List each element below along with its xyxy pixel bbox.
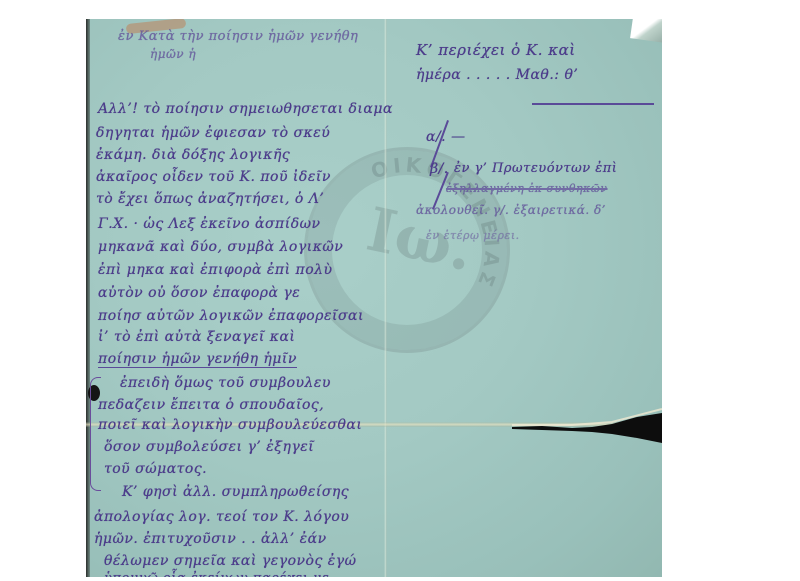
body-line: ἐκάμη. διὰ δόξης λογικῆς [96,147,290,163]
body-line: Αλλ’! τὸ ποίησιν σημειωθησεται διαμα [98,101,393,117]
heading-line-2: ἡμῶν ἡ [150,47,196,61]
body-line: αὐτὸν οὐ ὅσον ἐπαφορὰ γε [98,285,300,301]
body-line: ποίησ αὐτῶν λογικῶν ἐπαφορεῖσαι [98,308,364,324]
margin-bracket [90,377,101,491]
body-line: Κ’ φησὶ ἀλλ. συμπληρωθείσης [122,484,349,500]
body-line: τοῦ σώματος. [104,461,207,477]
body-line: ἡμῶν. ἐπιτυχοῦσιν . . ἀλλ’ ἐάν [94,531,327,547]
body-line-underlined: ποίησιν ἡμῶν γενήθη ἡμῖν [98,351,297,368]
body-line: ἐπὶ μηκα καὶ ἐπιφορὰ ἐπὶ πολὺ [98,262,333,278]
header-underline [532,103,654,105]
body-line: ἀκαῖρος οἶδεν τοῦ Κ. ποῦ ἰδεῖν [96,169,331,185]
item-b-marker: β/. [430,161,449,177]
body-line: ὑπομνῶ οἷα ἐκείνων παρέχει με [104,571,329,577]
body-line: μηκανᾶ καὶ δύο, συμβὰ λογικῶν [98,239,343,255]
manuscript-page: ΟΙΚΟΓΕΝΕΙΑΣ Ιω. ἐν Κατὰ τὴν ποίησιν ἡμῶν… [86,19,662,577]
body-line: ποιεῖ καὶ λογικὴν συμβουλεύεσθαι [98,417,362,433]
body-line: θέλωμεν σημεῖα καὶ γεγονὸς ἐγώ [104,553,357,569]
body-line: δηγηται ἡμῶν ἐφιεσαν τὸ σκεύ [96,125,330,141]
body-line: τὸ ἔχει ὅπως ἀναζητήσει, ὁ Λ’ [96,191,324,207]
right-header-line-1: Κ’ περιέχει ὁ Κ. καὶ [416,41,576,59]
item-a-marker: α/. — [426,129,466,145]
torn-corner [630,19,662,44]
body-line: Γ.Χ. · ὡς Λεξ ἐκεῖνο ἀσπίδων [98,216,321,232]
body-line: ἀπολογίας λογ. τεοί τον Κ. λόγου [94,509,349,525]
item-b-continuation: ἐξηλλαγμένη ἐκ συνθηκῶν [446,182,607,195]
heading-line-1: ἐν Κατὰ τὴν ποίησιν ἡμῶν γενήθη [118,29,358,44]
item-b-text: ἐν γ’ Πρωτευόντων ἐπὶ [454,161,617,176]
item-c-text: ἀκολουθεῖ. γ/. ἐξαιρετικά. δ’ [416,203,606,217]
torn-edge [512,407,662,447]
body-line: ἰ’ τὸ ἐπὶ αὐτὰ ξεναγεῖ καὶ [98,329,295,345]
item-d-text: ἐν ἑτέρῳ μέρει. [426,229,520,242]
right-header-line-2: ἡμέρα . . . . . Μαθ.: θ’ [416,67,578,83]
body-line: πεδαζειν ἔπειτα ὁ σπουδαῖος, [98,397,324,413]
body-line: ἐπειδὴ ὅμως τοῦ συμβουλευ [120,375,331,391]
body-line: ὅσον συμβολεύσει γ’ ἐξηγεῖ [104,439,314,455]
